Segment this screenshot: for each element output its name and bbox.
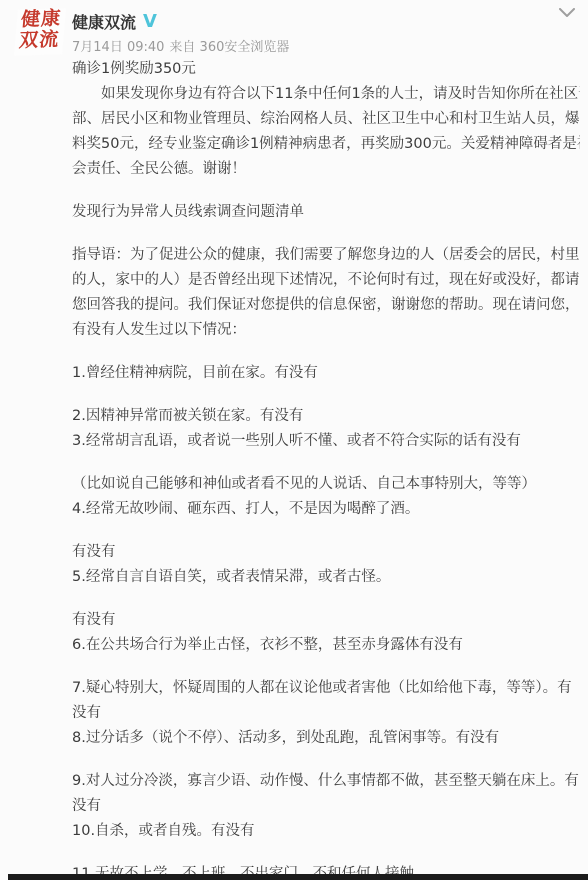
post-line: 部、居民小区和物业管理员、综治网格人员、社区卫生中心和村卫生站人员，爆 <box>72 107 580 132</box>
post-line: 1.曾经住精神病院，目前在家。有没有 <box>72 361 580 386</box>
post-line: 如果发现你身边有符合以下11条中任何1条的人士，请及时告知你所在社区干 <box>72 82 580 107</box>
post-line-break <box>72 386 580 404</box>
post-line-break <box>72 225 580 243</box>
post-line: 没有 <box>72 794 580 819</box>
post-line-break <box>72 844 580 862</box>
post-timestamp: 7月14日 09:40 <box>72 36 164 55</box>
post-line: 您回答我的提问。我们保证对您提供的信息保密，谢谢您的帮助。现在请问您， <box>72 293 580 318</box>
verified-badge-icon: V <box>143 13 157 31</box>
post-line: 6.在公共场合行为举止古怪，衣衫不整，甚至赤身露体有没有 <box>72 633 580 658</box>
post-line: 9.对人过分冷淡，寡言少语、动作慢、什么事情都不做，甚至整天躺在床上。有 <box>72 769 580 794</box>
post-line: 7.疑心特别大，怀疑周围的人都在议论他或者害他（比如给他下毒，等等）。有 <box>72 676 580 701</box>
post-line-break <box>72 522 580 540</box>
post-line-break <box>72 751 580 769</box>
post-line: 4.经常无故吵闹、砸东西、打人，不是因为喝醉了酒。 <box>72 497 580 522</box>
collapse-post-button[interactable] <box>555 2 579 22</box>
post-line-break <box>72 343 580 361</box>
post-line: 会责任、全民公德。谢谢！ <box>72 157 580 182</box>
post-line: 指导语：为了促进公众的健康，我们需要了解您身边的人（居委会的居民，村里 <box>72 243 580 268</box>
post-line: 5.经常自言自语自笑，或者表情呆滞，或者古怪。 <box>72 565 580 590</box>
post-body: 确诊1例奖励350元 如果发现你身边有符合以下11条中任何1条的人士，请及时告知… <box>72 57 580 880</box>
post-meta: 7月14日 09:40 来自 360安全浏览器 <box>72 36 289 55</box>
avatar-logo-line2: 双流 <box>14 29 64 52</box>
post-line: 有没有 <box>72 608 580 633</box>
post-line: 料奖50元，经专业鉴定确诊1例精神病患者，再奖励300元。关爱精神障碍者是社 <box>72 132 580 157</box>
post-line: 发现行为异常人员线索调查问题清单 <box>72 200 580 225</box>
post-line: 的人，家中的人）是否曾经出现下述情况，不论何时有过，现在好或没好，都请 <box>72 268 580 293</box>
post-line: （比如说自己能够和神仙或者看不见的人说话、自己本事特别大，等等） <box>72 472 580 497</box>
post-line: 10.自杀，或者自残。有没有 <box>72 819 580 844</box>
avatar[interactable]: 健康 双流 <box>14 8 66 56</box>
post-line-break <box>72 590 580 608</box>
post-line: 3.经常胡言乱语，或者说一些别人听不懂、或者不符合实际的话有没有 <box>72 429 580 454</box>
post-line-break <box>72 182 580 200</box>
post-line: 有没有 <box>72 540 580 565</box>
post-line: 没有 <box>72 701 580 726</box>
post-line: 有没有人发生过以下情况： <box>72 318 580 343</box>
post-line-break <box>72 454 580 472</box>
next-element-edge <box>8 874 588 880</box>
chevron-down-icon <box>559 8 575 17</box>
post-line-break <box>72 658 580 676</box>
user-line: 健康双流 V <box>72 10 157 33</box>
post-line: 8.过分话多（说个不停）、活动多，到处乱跑，乱管闲事等。有没有 <box>72 726 580 751</box>
post-line: 确诊1例奖励350元 <box>72 57 580 82</box>
post-line: 2.因精神异常而被关锁在家。有没有 <box>72 404 580 429</box>
username[interactable]: 健康双流 <box>72 10 136 33</box>
weibo-post: 健康 双流 健康双流 V 7月14日 09:40 来自 360安全浏览器 确诊1… <box>0 0 588 880</box>
post-source-link[interactable]: 来自 360安全浏览器 <box>169 36 289 55</box>
